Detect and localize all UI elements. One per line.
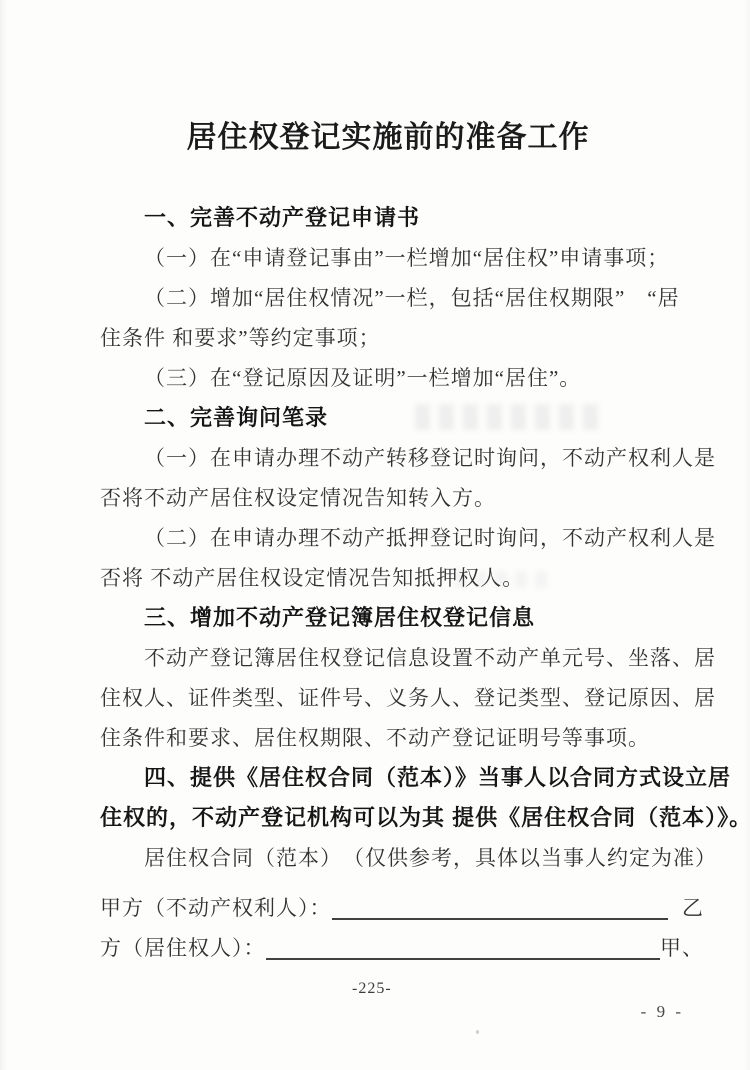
inner-page-number: -225- xyxy=(352,980,392,998)
body-line: （一）在“申请登记事由”一栏增加“居住权”申请事项； xyxy=(100,238,704,278)
body-line: 否将不动产居住权设定情况告知转入方。 xyxy=(100,478,704,518)
body-line: 住条件和要求、居住权期限、不动产登记证明号等事项。 xyxy=(100,718,704,758)
section-heading-3: 三、增加不动产登记簿居住权登记信息 xyxy=(100,598,704,638)
outer-page-number: - 9 - xyxy=(641,1002,684,1022)
body-line: 居住权合同（范本） （仅供参考，具体以当事人约定为准） xyxy=(100,838,704,878)
page-title: 居住权登记实施前的准备工作 xyxy=(0,112,750,156)
scan-speck-artifact xyxy=(476,1030,479,1034)
body-line: （三）在“登记原因及证明”一栏增加“居住”。 xyxy=(100,358,704,398)
body-line: 住条件 和要求”等约定事项； xyxy=(100,318,704,358)
section-heading-4: 四、提供《居住权合同（范本）》当事人以合同方式设立居 xyxy=(100,758,704,798)
section-heading-2: 二、完善询问笔录 xyxy=(100,398,704,438)
body-line: （二）增加“居住权情况”一栏，包括“居住权期限” “居 xyxy=(100,278,704,318)
body-line: 否将 不动产居住权设定情况告知抵押权人。 xyxy=(100,558,704,598)
party-a-blank-field xyxy=(332,918,669,920)
party-b-label: 方（居住权人）： xyxy=(100,928,266,968)
scanned-document-page: 居住权登记实施前的准备工作 一、完善不动产登记申请书 （一）在“申请登记事由”一… xyxy=(0,0,750,1070)
section-heading-1: 一、完善不动产登记申请书 xyxy=(100,198,704,238)
section-heading-4-continued: 住权的，不动产登记机构可以为其 提供《居住权合同（范本）》。 xyxy=(100,798,704,838)
party-b-label-start: 乙 xyxy=(682,888,704,928)
party-a-line: 甲方（不动产权利人）： 乙 xyxy=(100,888,704,928)
document-body: 一、完善不动产登记申请书 （一）在“申请登记事由”一栏增加“居住权”申请事项； … xyxy=(100,198,704,968)
body-line: 不动产登记簿居住权登记信息设置不动产单元号、坐落、居 xyxy=(100,638,704,678)
body-line: （二）在申请办理不动产抵押登记时询问，不动产权利人是 xyxy=(100,518,704,558)
party-a-trailing-text: 甲、 xyxy=(660,928,704,968)
contract-party-block: 甲方（不动产权利人）： 乙 方（居住权人）： 甲、 xyxy=(100,888,704,968)
body-line: 住权人、证件类型、证件号、义务人、登记类型、登记原因、居 xyxy=(100,678,704,718)
party-b-line: 方（居住权人）： 甲、 xyxy=(100,928,704,968)
party-a-label: 甲方（不动产权利人）： xyxy=(100,888,332,928)
party-b-blank-field xyxy=(266,958,661,960)
body-line: （一）在申请办理不动产转移登记时询问，不动产权利人是 xyxy=(100,438,704,478)
